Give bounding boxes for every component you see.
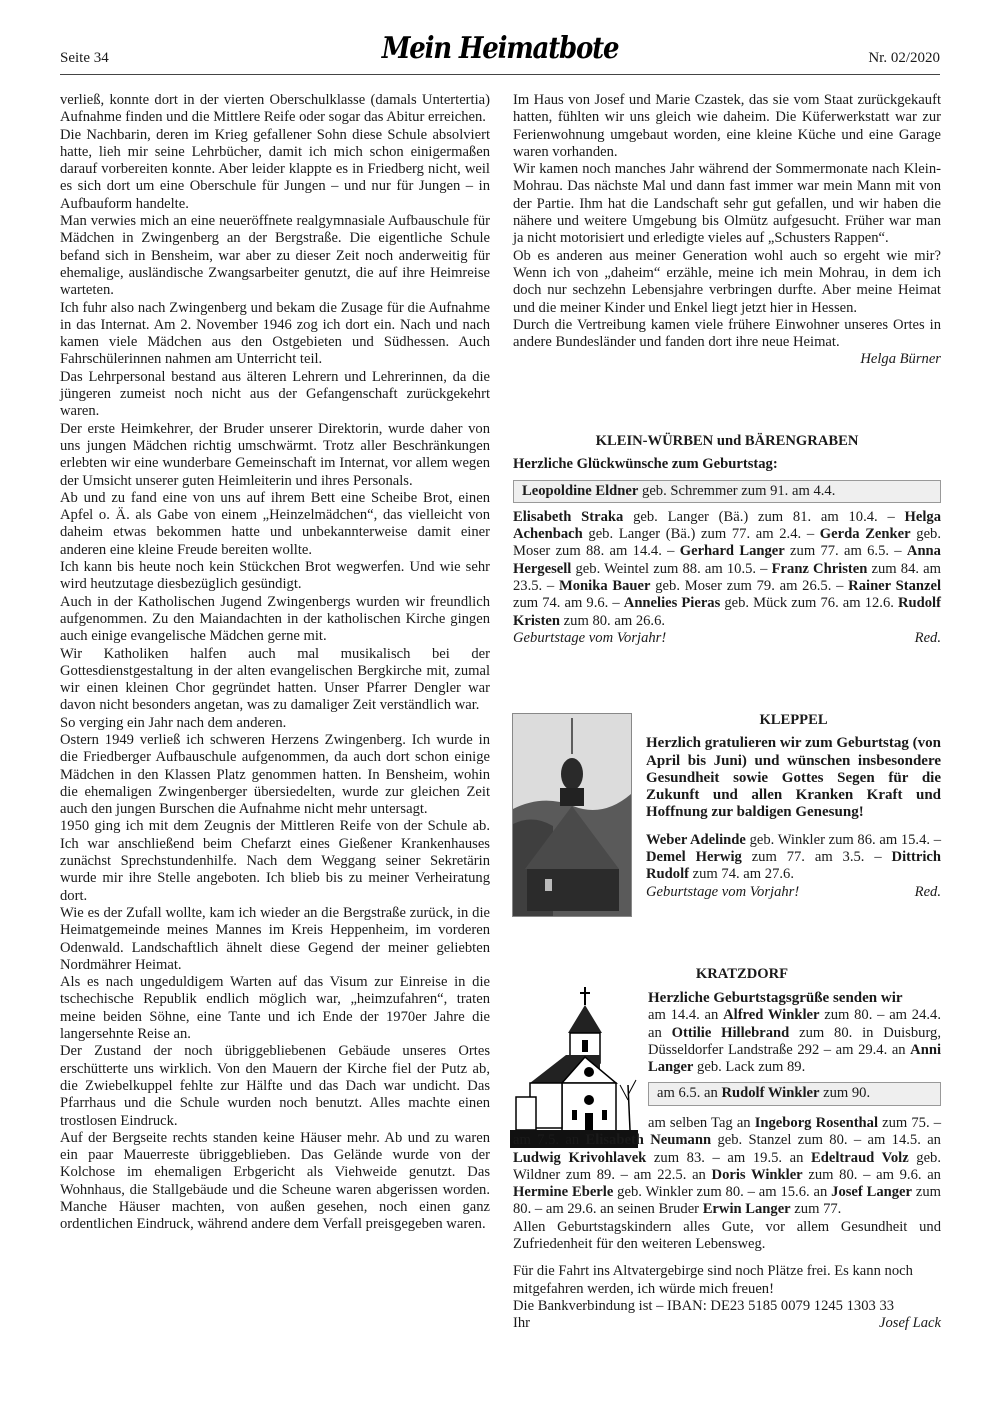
chapel-photo-icon xyxy=(513,714,631,916)
chapel-photo xyxy=(512,713,632,917)
paragraph: Als es nach ungeduldigem Warten auf das … xyxy=(60,974,490,1043)
sign-left: Ihr xyxy=(513,1315,530,1332)
section-title: KRATZDORF xyxy=(513,966,941,983)
note: Geburtstage vom Vorjahr! xyxy=(646,884,799,901)
paragraph: Ostern 1949 verließ ich schweren Herzens… xyxy=(60,732,490,818)
paragraph: 1950 ging ich mit dem Zeugnis der Mittle… xyxy=(60,818,490,904)
kratzdorf-list-block: am selben Tag an Ingeborg Rosenthal zum … xyxy=(513,1115,941,1333)
highlight-box: Leopoldine Eldner geb. Schremmer zum 91.… xyxy=(513,480,941,503)
birthday-list: Weber Adelinde geb. Winkler zum 86. am 1… xyxy=(646,832,941,884)
editor-sign: Red. xyxy=(915,630,941,647)
newsletter-page: Seite 34 Mein Heimatbote Nr. 02/2020 ver… xyxy=(0,0,1000,1412)
paragraph: Im Haus von Josef und Marie Czastek, das… xyxy=(513,92,941,161)
section-intro: Herzlich gratulieren wir zum Geburtstag … xyxy=(646,735,941,821)
section-footer: Geburtstage vom Vorjahr! Red. xyxy=(513,630,941,647)
highlight-name: Rudolf Winkler xyxy=(721,1085,819,1101)
author-signature: Helga Bürner xyxy=(513,351,941,368)
closing-text: Allen Geburtstagskindern alles Gute, vor… xyxy=(513,1219,941,1254)
highlight-name: Leopoldine Eldner xyxy=(522,483,638,499)
paragraph: Ich fuhr also nach Zwingenberg und bekam… xyxy=(60,300,490,369)
section-subtitle: Herzliche Glückwünsche zum Geburtstag: xyxy=(513,456,941,473)
section-intro: Herzliche Geburtstagsgrüße senden wir xyxy=(648,990,941,1007)
paragraph: Die Nachbarin, deren im Krieg gefallener… xyxy=(60,127,490,213)
trip-notice: Für die Fahrt ins Altvatergebirge sind n… xyxy=(513,1263,941,1298)
paragraph: Ab und zu fand eine von uns auf ihrem Be… xyxy=(60,490,490,559)
section-title: KLEPPEL xyxy=(646,712,941,729)
paragraph: Auf der Bergseite rechts standen keine H… xyxy=(60,1130,490,1234)
section-title: KLEIN-WÜRBEN und BÄRENGRABEN xyxy=(513,433,941,450)
left-column-article: verließ, konnte dort in der vierten Ober… xyxy=(60,92,490,1234)
issue-number: Nr. 02/2020 xyxy=(868,50,940,67)
paragraph: So verging ein Jahr nach dem anderen. xyxy=(60,715,490,732)
paragraph: Das Lehrpersonal bestand aus älteren Leh… xyxy=(60,369,490,421)
page-header: Seite 34 Mein Heimatbote Nr. 02/2020 xyxy=(60,38,940,75)
birthday-list: am selben Tag an Ingeborg Rosenthal zum … xyxy=(513,1115,941,1219)
paragraph: Wir Katholiken halfen auch mal musikalis… xyxy=(60,646,490,715)
author-signature: Josef Lack xyxy=(879,1315,941,1332)
paragraph: Ob es anderen aus meiner Generation wohl… xyxy=(513,248,941,317)
birthday-list: Elisabeth Straka geb. Langer (Bä.) zum 8… xyxy=(513,509,941,630)
paragraph: Wie es der Zufall wollte, kam ich wieder… xyxy=(60,905,490,974)
paragraph: verließ, konnte dort in der vierten Ober… xyxy=(60,92,490,127)
note: Geburtstage vom Vorjahr! xyxy=(513,630,666,647)
bank-details: Die Bankverbindung ist – IBAN: DE23 5185… xyxy=(513,1298,941,1315)
paragraph: Wir kamen noch manches Jahr während der … xyxy=(513,161,941,247)
masthead-logo: Mein Heimatbote xyxy=(382,32,619,67)
editor-sign: Red. xyxy=(915,884,941,901)
paragraph: Man verwies mich an eine neueröffnete re… xyxy=(60,213,490,299)
right-column-article: Im Haus von Josef und Marie Czastek, das… xyxy=(513,92,941,369)
page-number: Seite 34 xyxy=(60,50,109,67)
paragraph: Ich kann bis heute noch kein Stückchen B… xyxy=(60,559,490,594)
birthday-list: am 14.4. an Alfred Winkler zum 80. – am … xyxy=(648,1007,941,1076)
paragraph: Auch in der Katholischen Jugend Zwingenb… xyxy=(60,594,490,646)
paragraph: Durch die Vertreibung kamen viele früher… xyxy=(513,317,941,352)
section-klein-wuerben: KLEIN-WÜRBEN und BÄRENGRABEN Herzliche G… xyxy=(513,433,941,647)
section-footer: Ihr Josef Lack xyxy=(513,1315,941,1332)
paragraph: Der erste Heimkehrer, der Bruder unserer… xyxy=(60,421,490,490)
section-footer: Geburtstage vom Vorjahr! Red. xyxy=(646,884,941,901)
kratzdorf-intro-block: Herzliche Geburtstagsgrüße senden wir am… xyxy=(648,990,941,1112)
paragraph: Der Zustand der noch übriggebliebenen Ge… xyxy=(60,1043,490,1129)
section-kratzdorf: KRATZDORF xyxy=(513,966,941,983)
section-kleppel: KLEPPEL Herzlich gratulieren wir zum Geb… xyxy=(646,712,941,901)
highlight-box: am 6.5. an Rudolf Winkler zum 90. xyxy=(648,1082,941,1105)
